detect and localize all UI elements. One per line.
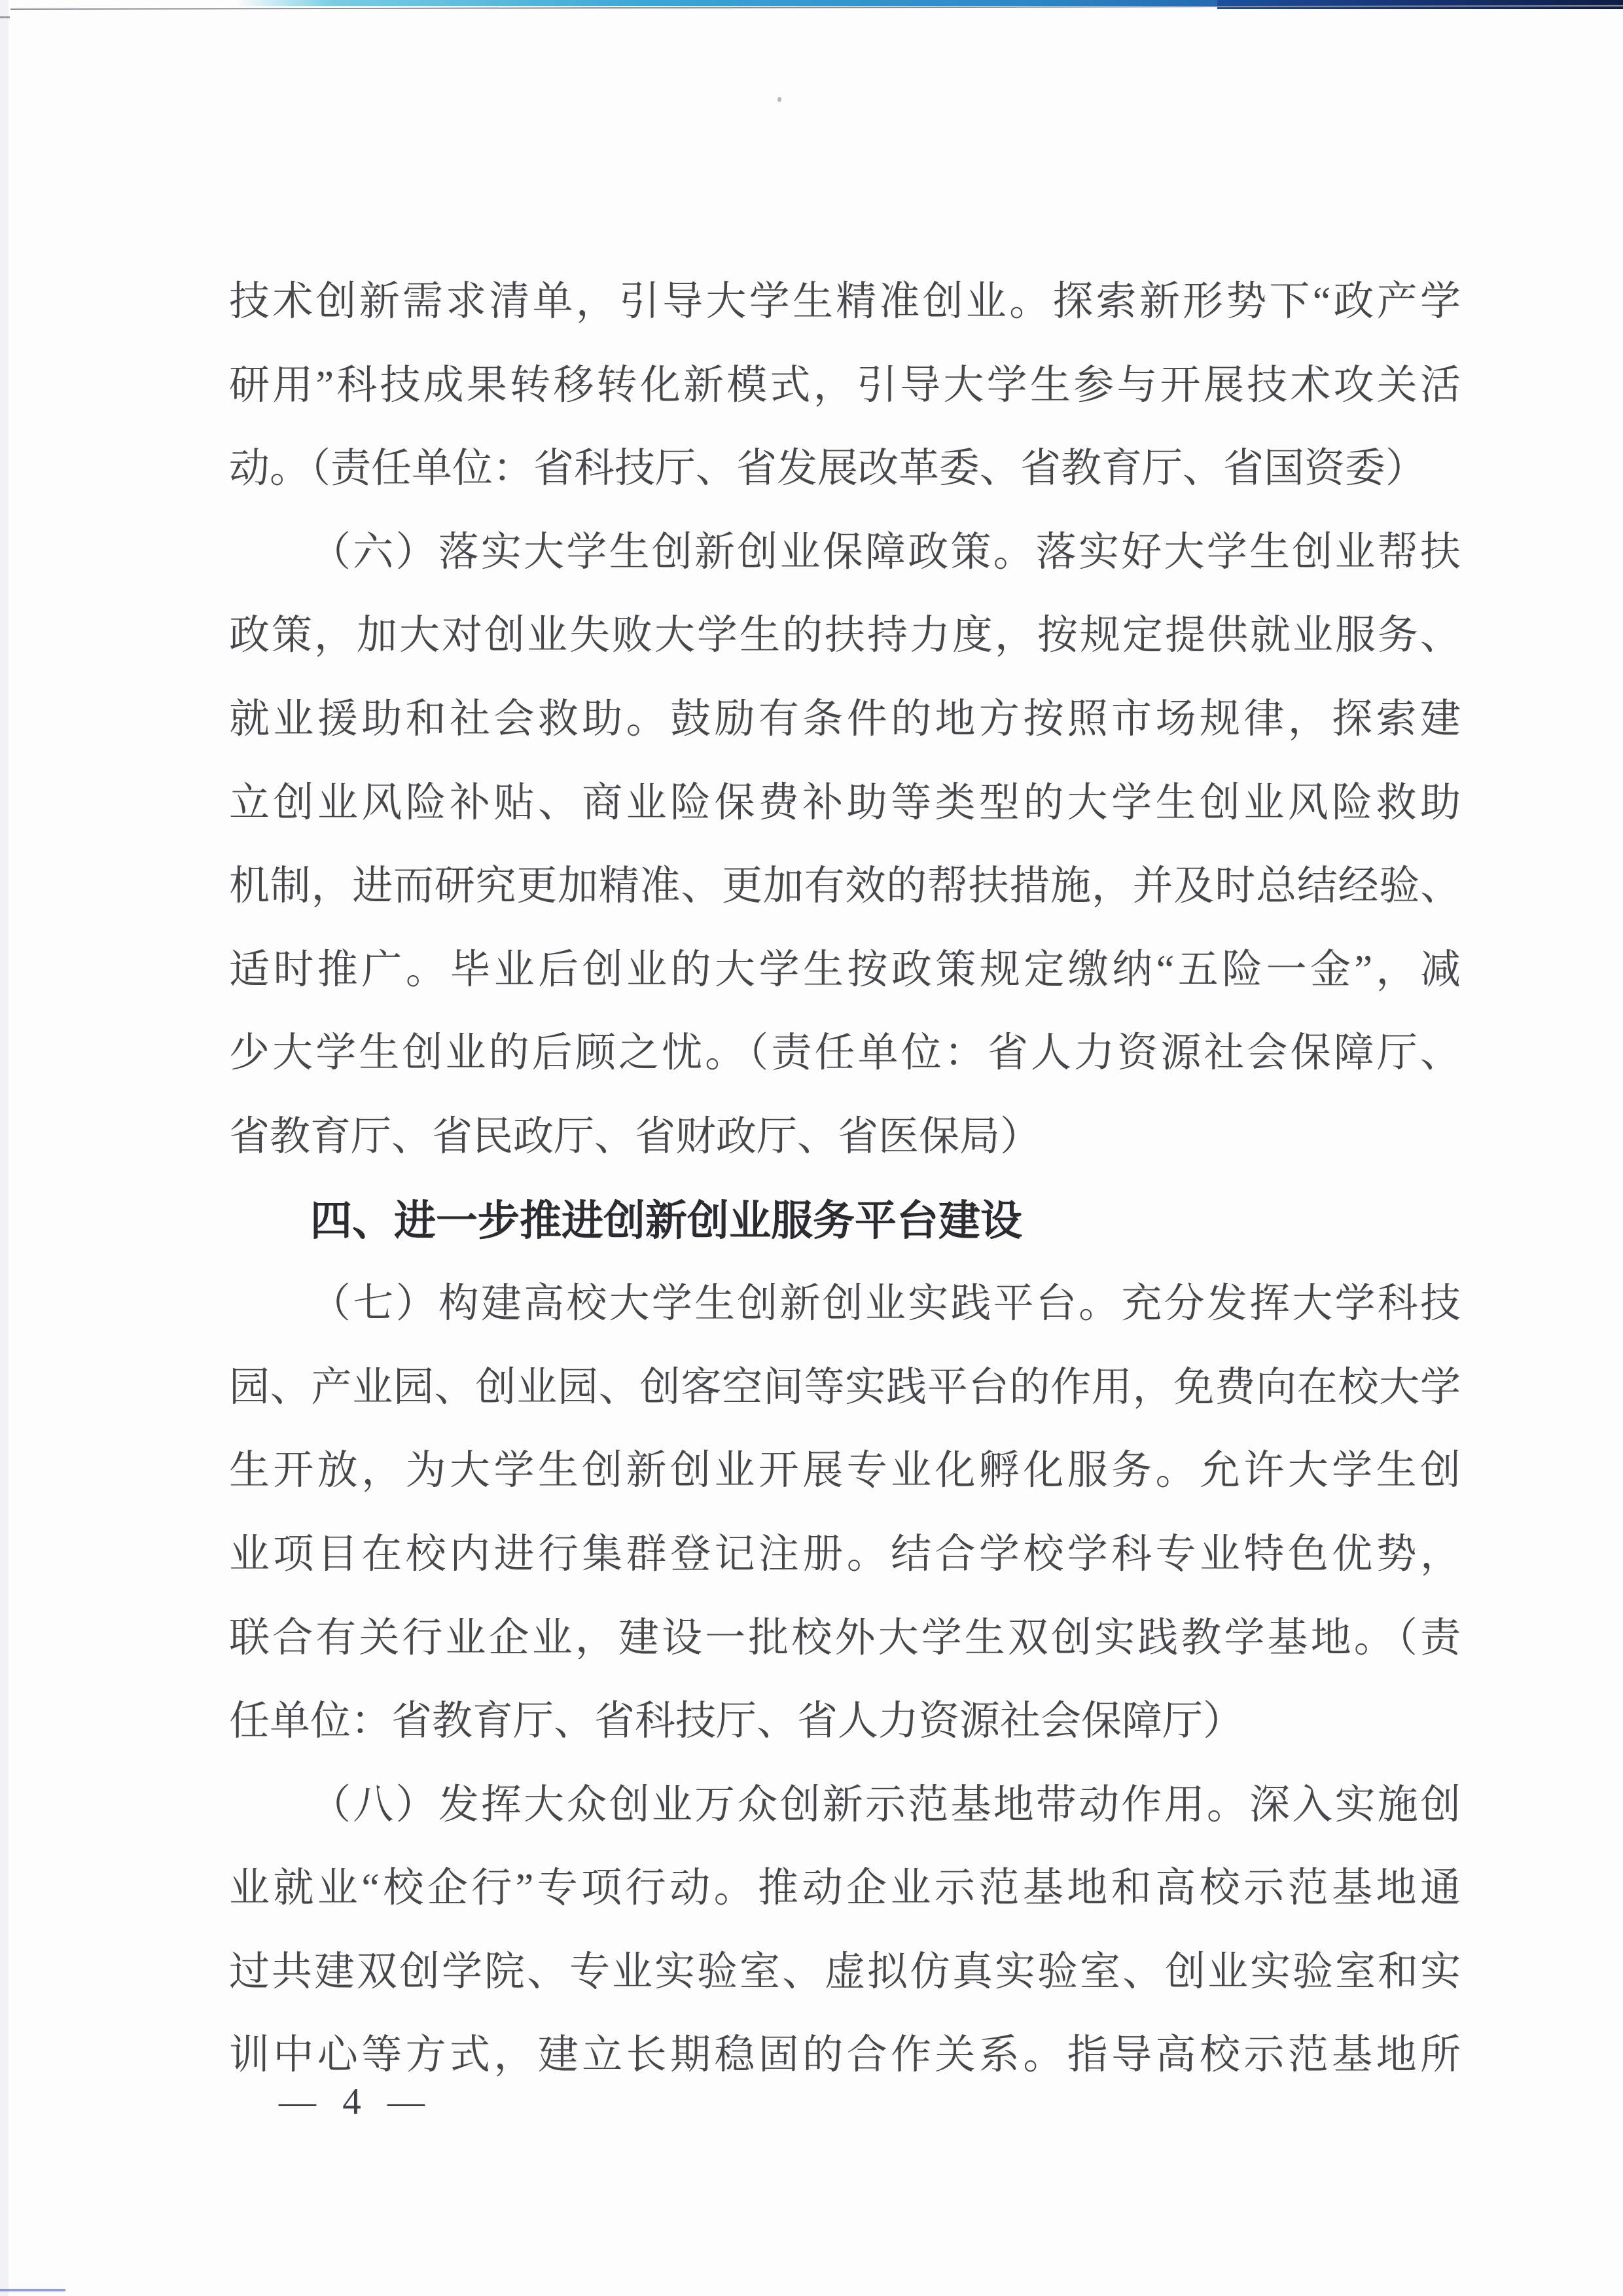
text-line: 园、产业园、创业园、创客空间等实践平台的作用，免费向在校大学 (229, 1346, 1461, 1430)
text-line: 联合有关行业企业，建设一批校外大学生双创实践教学基地。（责 (229, 1597, 1461, 1681)
text-line: 生开放，为大学生创新创业开展专业化孵化服务。允许大学生创 (229, 1429, 1461, 1513)
text-line: 少大学生创业的后顾之忧。（责任单位：省人力资源社会保障厅、 (229, 1012, 1461, 1096)
text-line: 省教育厅、省民政厅、省财政厅、省医保局） (229, 1096, 1461, 1179)
scanner-left-edge-shadow (0, 0, 9, 2296)
text-line: 机制，进而研究更加精准、更加有效的帮扶措施，并及时总结经验、 (229, 845, 1461, 929)
text-line: （八）发挥大众创业万众创新示范基地带动作用。深入实施创 (229, 1764, 1461, 1848)
text-line: 业就业“校企行”专项行动。推动企业示范基地和高校示范基地通 (229, 1847, 1461, 1931)
scanner-hairline-stub (0, 16, 10, 18)
page-number: — 4 — (0, 2076, 704, 2128)
text-line: 技术创新需求清单，引导大学生精准创业。探索新形势下“政产学 (229, 260, 1461, 344)
scanner-bottom-edge-tick (0, 2289, 65, 2291)
scanned-page: 技术创新需求清单，引导大学生精准创业。探索新形势下“政产学研用”科技成果转移转化… (0, 0, 1623, 2296)
text-line: 业项目在校内进行集群登记注册。结合学校学科专业特色优势， (229, 1513, 1461, 1597)
text-line: 立创业风险补贴、商业险保费补助等类型的大学生创业风险救助 (229, 762, 1461, 846)
text-line: （六）落实大学生创新创业保障政策。落实好大学生创业帮扶 (229, 511, 1461, 595)
text-line: 研用”科技成果转移转化新模式，引导大学生参与开展技术攻关活 (229, 344, 1461, 428)
section-heading: 四、进一步推进创新创业服务平台建设 (229, 1179, 1461, 1263)
scan-speckle (777, 97, 781, 102)
text-line: （七）构建高校大学生创新创业实践平台。充分发挥大学科技 (229, 1263, 1461, 1346)
text-line: 过共建双创学院、专业实验室、虚拟仿真实验室、创业实验室和实 (229, 1931, 1461, 2015)
text-line: 动。（责任单位：省科技厅、省发展改革委、省教育厅、省国资委） (229, 427, 1461, 511)
scanner-top-right-band (1217, 0, 1623, 9)
text-line: 政策，加大对创业失败大学生的扶持力度，按规定提供就业服务、 (229, 594, 1461, 678)
text-line: 就业援助和社会救助。鼓励有条件的地方按照市场规律，探索建 (229, 678, 1461, 762)
text-line: 任单位：省教育厅、省科技厅、省人力资源社会保障厅） (229, 1680, 1461, 1764)
document-body: 技术创新需求清单，引导大学生精准创业。探索新形势下“政产学研用”科技成果转移转化… (229, 260, 1461, 2098)
text-line: 适时推广。毕业后创业的大学生按政策规定缴纳“五险一金”，减 (229, 929, 1461, 1013)
